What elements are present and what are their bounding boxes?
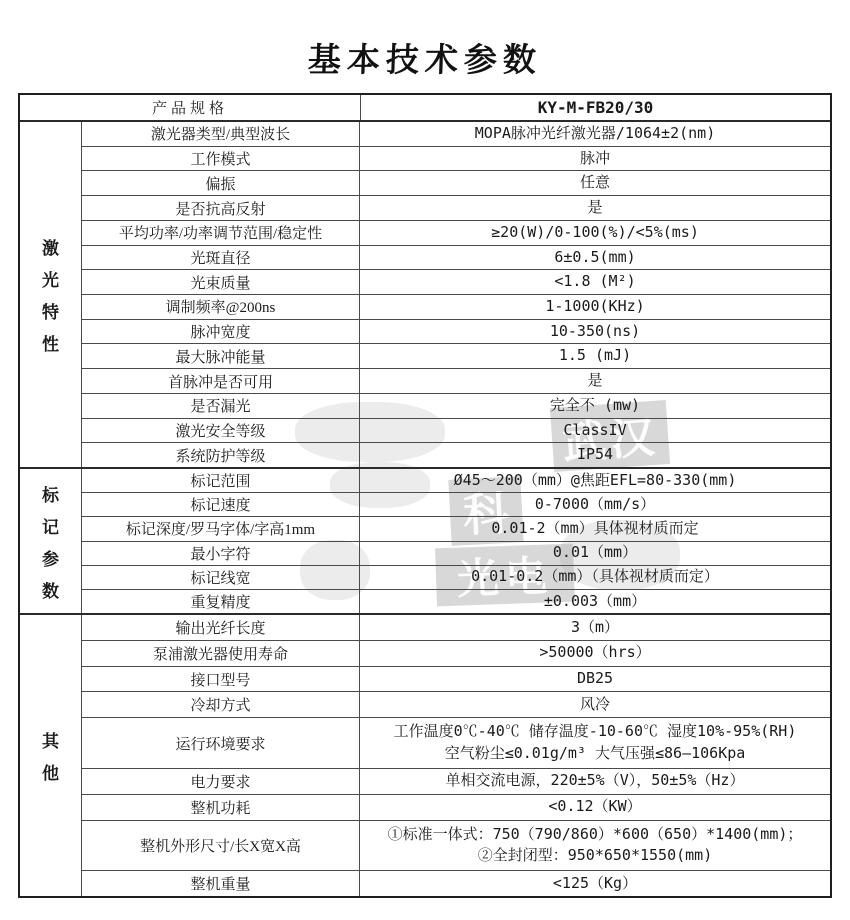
param-value: 0.01-2（mm）具体视材质而定 xyxy=(360,517,830,540)
param-value: 3（m） xyxy=(360,615,830,640)
table-row: 输出光纤长度3（m） xyxy=(82,615,830,641)
product-model-value: KY-M-FB20/30 xyxy=(361,95,830,120)
param-label: 整机功耗 xyxy=(82,795,360,820)
param-value-line2: ②全封闭型：950*650*1550(mm) xyxy=(478,845,713,867)
param-label: 最大脉冲能量 xyxy=(82,344,360,368)
table-row: 是否抗高反射是 xyxy=(82,196,830,221)
param-label: 激光器类型/典型波长 xyxy=(82,122,360,146)
table-row: 平均功率/功率调节范围/稳定性≥20(W)/0-100(%)/<5%(ms) xyxy=(82,221,830,246)
param-label: 偏振 xyxy=(82,171,360,195)
table-row: 运行环境要求工作温度0℃-40℃ 储存温度-10-60℃ 湿度10%-95%(R… xyxy=(82,718,830,769)
table-row: 标记线宽0.01-0.2（mm）（具体视材质而定） xyxy=(82,566,830,590)
table-row: 整机功耗<0.12（KW） xyxy=(82,795,830,821)
param-label: 电力要求 xyxy=(82,769,360,794)
param-label: 系统防护等级 xyxy=(82,443,360,467)
param-value: ≥20(W)/0-100(%)/<5%(ms) xyxy=(360,221,830,245)
group-label-char: 激 xyxy=(42,234,59,259)
param-value-line1: 工作温度0℃-40℃ 储存温度-10-60℃ 湿度10%-95%(RH) xyxy=(394,721,797,743)
param-label: 工作模式 xyxy=(82,147,360,171)
param-label: 接口型号 xyxy=(82,667,360,692)
param-label: 整机外形尺寸/长X宽X高 xyxy=(82,821,360,871)
table-row: 是否漏光完全不 (mw) xyxy=(82,394,830,419)
group-label-char: 性 xyxy=(42,330,59,355)
group-label-laser-characteristics: 激光特性 xyxy=(20,122,82,467)
table-row: 脉冲宽度10-350(ns) xyxy=(82,320,830,345)
param-value: 完全不 (mw) xyxy=(360,394,830,418)
param-value: IP54 xyxy=(360,443,830,467)
param-label: 首脉冲是否可用 xyxy=(82,369,360,393)
param-label: 激光安全等级 xyxy=(82,419,360,443)
param-label: 最小字符 xyxy=(82,542,360,565)
param-label: 运行环境要求 xyxy=(82,718,360,768)
group-laser-characteristics: 激光特性激光器类型/典型波长MOPA脉冲光纤激光器/1064±2(nm)工作模式… xyxy=(20,122,830,469)
table-header-row: 产品规格 KY-M-FB20/30 xyxy=(20,95,830,122)
table-row: 系统防护等级IP54 xyxy=(82,443,830,467)
param-value: 6±0.5(mm) xyxy=(360,246,830,270)
param-value: <125（Kg） xyxy=(360,871,830,896)
param-value: 工作温度0℃-40℃ 储存温度-10-60℃ 湿度10%-95%(RH)空气粉尘… xyxy=(360,718,830,768)
spec-table: 产品规格 KY-M-FB20/30 激光特性激光器类型/典型波长MOPA脉冲光纤… xyxy=(18,93,832,898)
param-value: 风冷 xyxy=(360,692,830,717)
table-row: 偏振任意 xyxy=(82,171,830,196)
param-value: <0.12（KW） xyxy=(360,795,830,820)
param-value: ±0.003（mm） xyxy=(360,590,830,613)
table-row: 最小字符0.01（mm） xyxy=(82,542,830,566)
param-label: 是否抗高反射 xyxy=(82,196,360,220)
table-row: 标记深度/罗马字体/字高1mm0.01-2（mm）具体视材质而定 xyxy=(82,517,830,541)
group-label-char: 他 xyxy=(42,759,59,784)
param-value-line2: 空气粉尘≤0.01g/m³ 大气压强≤86—106Kpa xyxy=(445,743,746,765)
group-others: 其他输出光纤长度3（m）泵浦激光器使用寿命>50000（hrs）接口型号DB25… xyxy=(20,615,830,896)
table-row: 电力要求单相交流电源，220±5%（V），50±5%（Hz） xyxy=(82,769,830,795)
param-label: 标记深度/罗马字体/字高1mm xyxy=(82,517,360,540)
param-label: 标记范围 xyxy=(82,469,360,492)
param-label: 是否漏光 xyxy=(82,394,360,418)
group-marking-parameters: 标记参数标记范围Ø45～200（mm）@焦距EFL=80-330(mm)标记速度… xyxy=(20,469,830,615)
group-label-others: 其他 xyxy=(20,615,82,896)
table-row: 激光器类型/典型波长MOPA脉冲光纤激光器/1064±2(nm) xyxy=(82,122,830,147)
param-label: 输出光纤长度 xyxy=(82,615,360,640)
table-groups: 激光特性激光器类型/典型波长MOPA脉冲光纤激光器/1064±2(nm)工作模式… xyxy=(20,122,830,896)
page-title: 基本技术参数 xyxy=(0,34,850,81)
group-label-char: 其 xyxy=(42,727,59,752)
param-value: DB25 xyxy=(360,667,830,692)
param-value: ClassIV xyxy=(360,419,830,443)
param-value: 1-1000(KHz) xyxy=(360,295,830,319)
param-value: 1.5 (mJ) xyxy=(360,344,830,368)
group-label-marking-parameters: 标记参数 xyxy=(20,469,82,613)
param-value: 10-350(ns) xyxy=(360,320,830,344)
param-label: 平均功率/功率调节范围/稳定性 xyxy=(82,221,360,245)
param-value: 是 xyxy=(360,369,830,393)
param-value: 单相交流电源，220±5%（V），50±5%（Hz） xyxy=(360,769,830,794)
param-value: 0.01（mm） xyxy=(360,542,830,565)
table-row: 最大脉冲能量1.5 (mJ) xyxy=(82,344,830,369)
group-label-char: 光 xyxy=(42,266,59,291)
group-label-char: 特 xyxy=(42,298,59,323)
group-label-char: 参 xyxy=(42,545,59,570)
param-value: 任意 xyxy=(360,171,830,195)
table-row: 重复精度±0.003（mm） xyxy=(82,590,830,613)
param-label: 标记速度 xyxy=(82,493,360,516)
param-label: 光斑直径 xyxy=(82,246,360,270)
table-row: 标记速度0-7000（mm/s） xyxy=(82,493,830,517)
param-label: 标记线宽 xyxy=(82,566,360,589)
param-label: 光束质量 xyxy=(82,270,360,294)
param-label: 重复精度 xyxy=(82,590,360,613)
table-row: 整机外形尺寸/长X宽X高①标准一体式：750（790/860）*600（650）… xyxy=(82,821,830,872)
param-value: 脉冲 xyxy=(360,147,830,171)
group-label-char: 数 xyxy=(42,577,59,602)
table-row: 接口型号DB25 xyxy=(82,667,830,693)
param-value-line1: ①标准一体式：750（790/860）*600（650）*1400(mm)； xyxy=(388,824,803,846)
table-row: 光束质量<1.8 (M²) xyxy=(82,270,830,295)
table-row: 激光安全等级ClassIV xyxy=(82,419,830,444)
table-row: 调制频率@200ns1-1000(KHz) xyxy=(82,295,830,320)
param-value: 0-7000（mm/s） xyxy=(360,493,830,516)
table-row: 冷却方式风冷 xyxy=(82,692,830,718)
product-spec-label: 产品规格 xyxy=(20,95,361,120)
param-label: 泵浦激光器使用寿命 xyxy=(82,641,360,666)
param-value: Ø45～200（mm）@焦距EFL=80-330(mm) xyxy=(360,469,830,492)
table-row: 标记范围Ø45～200（mm）@焦距EFL=80-330(mm) xyxy=(82,469,830,493)
table-row: 整机重量<125（Kg） xyxy=(82,871,830,896)
param-value: <1.8 (M²) xyxy=(360,270,830,294)
table-row: 光斑直径6±0.5(mm) xyxy=(82,246,830,271)
param-value: ①标准一体式：750（790/860）*600（650）*1400(mm)；②全… xyxy=(360,821,830,871)
param-label: 调制频率@200ns xyxy=(82,295,360,319)
param-label: 脉冲宽度 xyxy=(82,320,360,344)
param-label: 冷却方式 xyxy=(82,692,360,717)
table-row: 首脉冲是否可用是 xyxy=(82,369,830,394)
param-value: MOPA脉冲光纤激光器/1064±2(nm) xyxy=(360,122,830,146)
param-value: 0.01-0.2（mm）（具体视材质而定） xyxy=(360,566,830,589)
param-label: 整机重量 xyxy=(82,871,360,896)
group-label-char: 标 xyxy=(42,481,59,506)
group-label-char: 记 xyxy=(42,513,59,538)
table-row: 泵浦激光器使用寿命>50000（hrs） xyxy=(82,641,830,667)
param-value: 是 xyxy=(360,196,830,220)
param-value: >50000（hrs） xyxy=(360,641,830,666)
table-row: 工作模式脉冲 xyxy=(82,147,830,172)
